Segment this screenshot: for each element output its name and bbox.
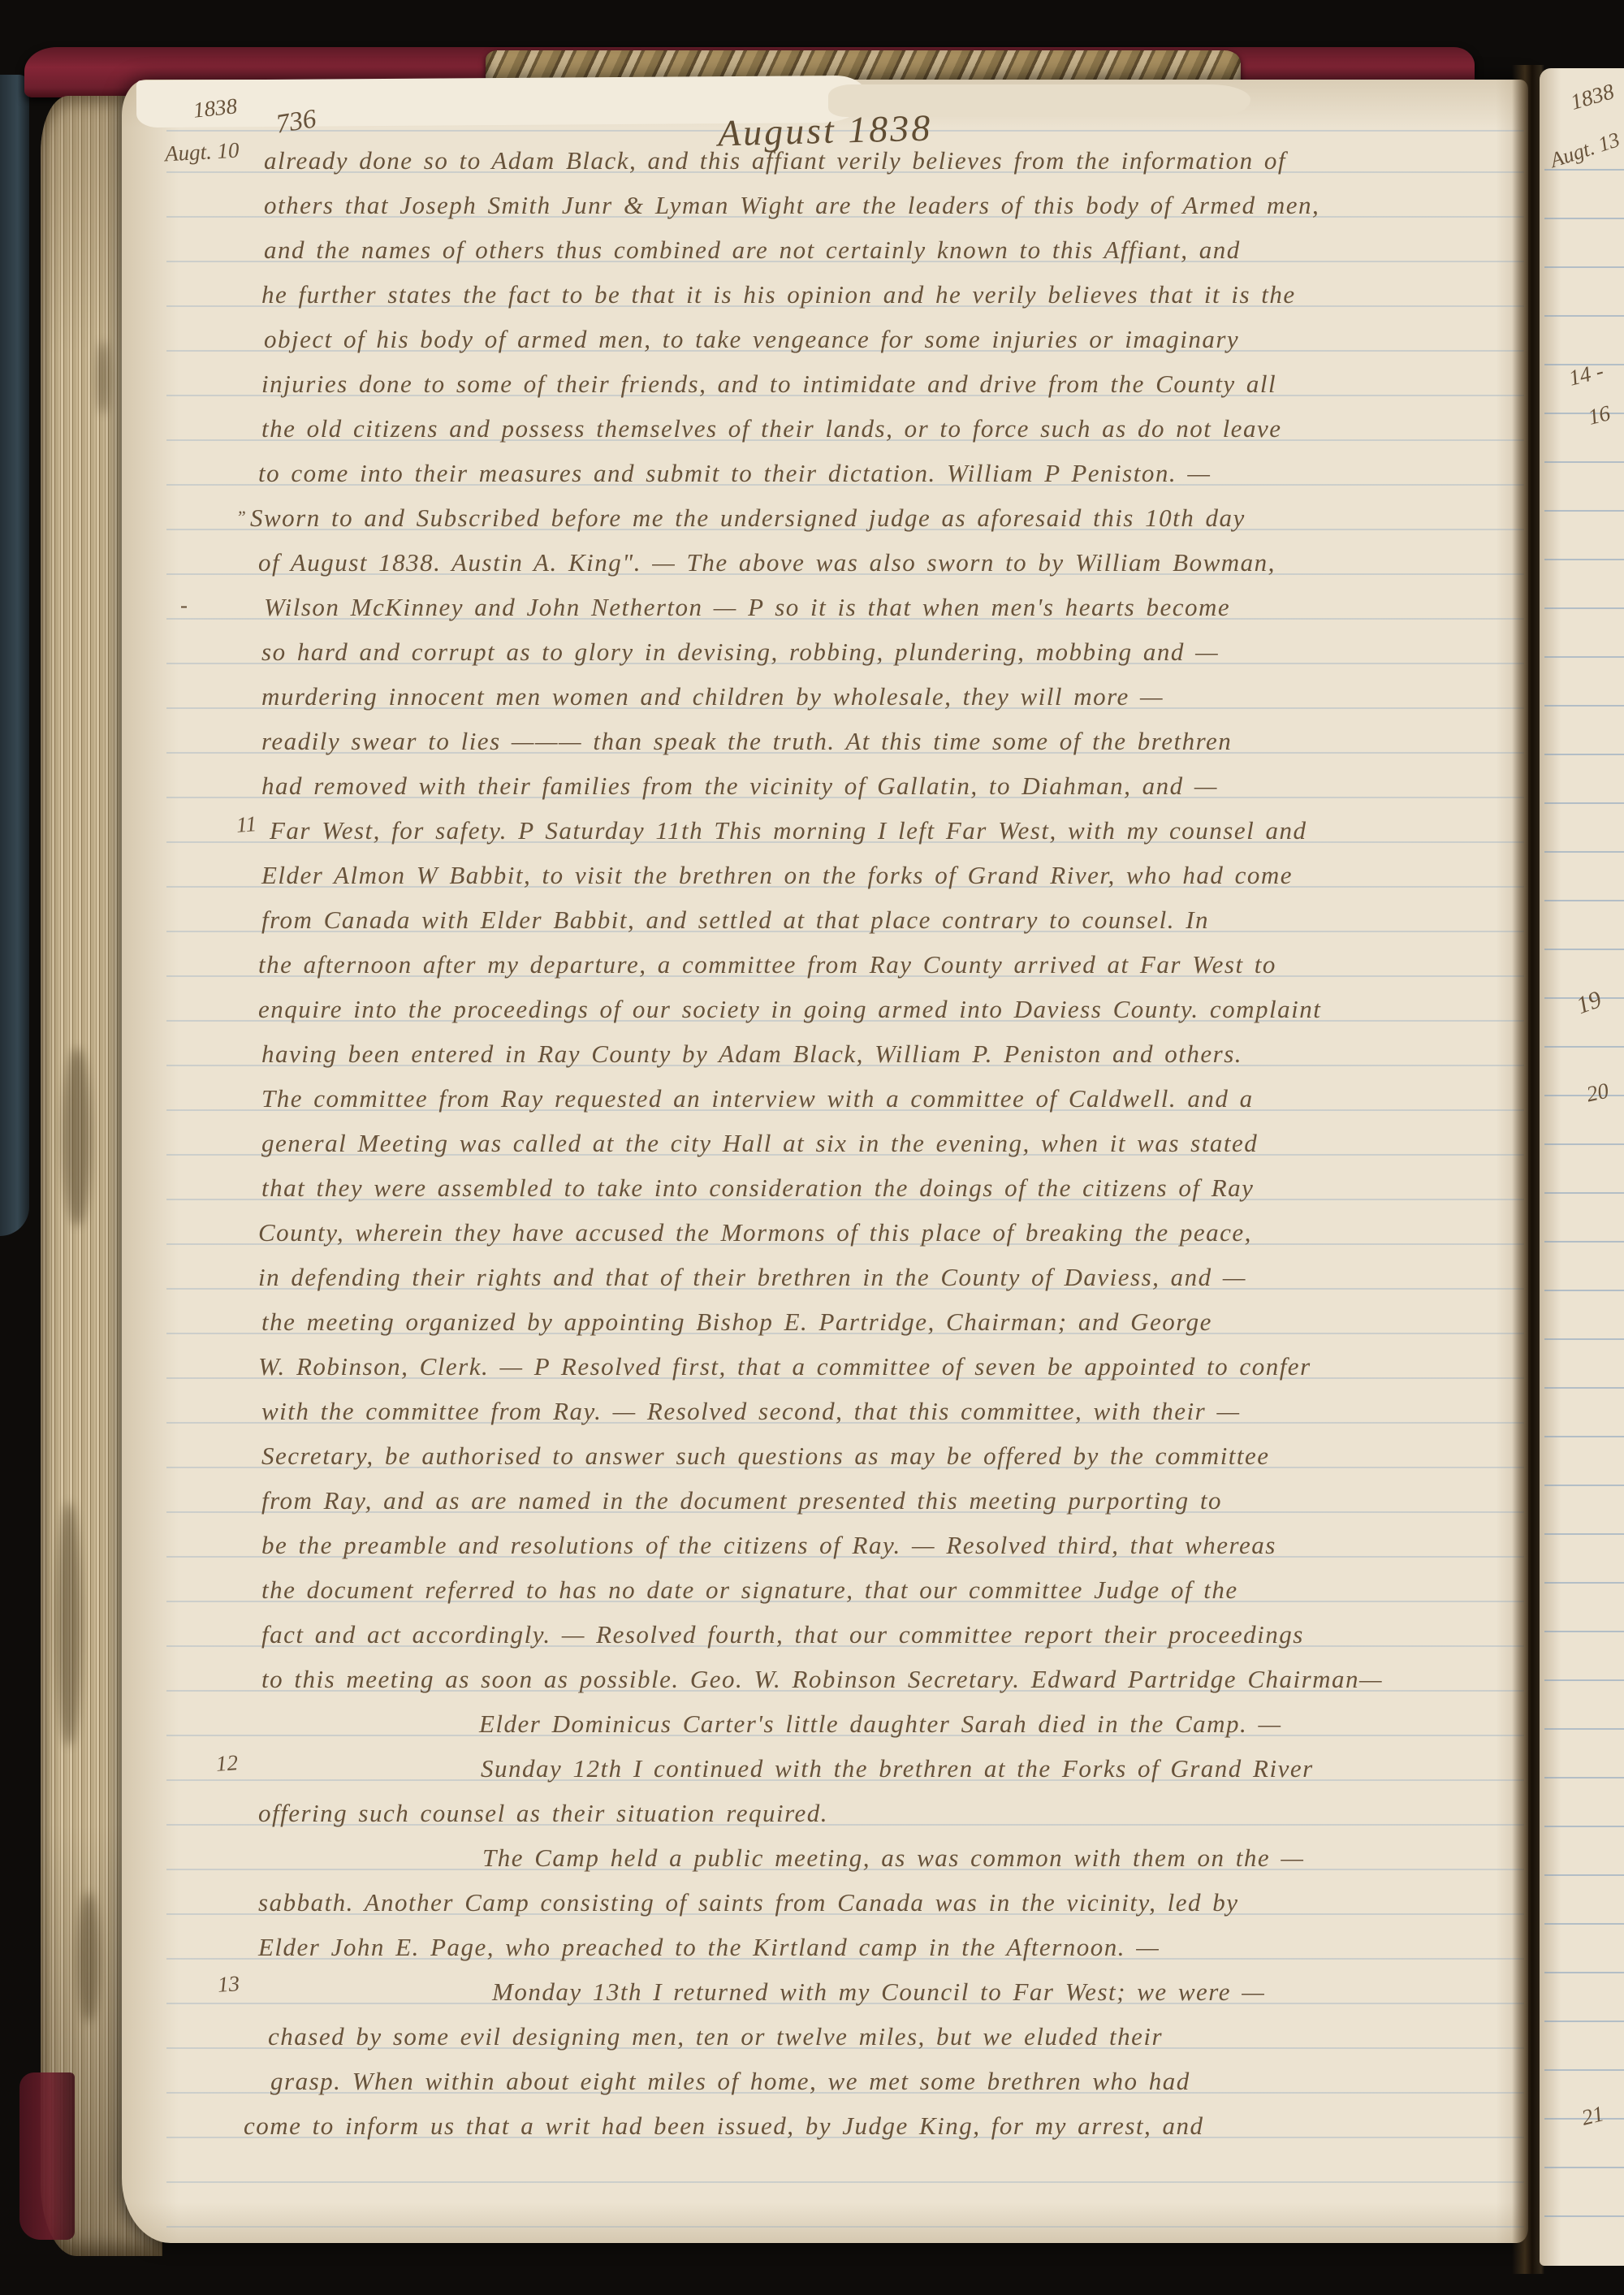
journal-line: the document referred to has no date or … xyxy=(261,1574,1238,1606)
year-annotation: 1838 xyxy=(192,93,239,123)
page-stack-stain xyxy=(57,1502,81,1746)
manuscript-photo: { "manuscript": { "header": { "title": "… xyxy=(0,0,1624,2295)
journal-line: he further states the fact to be that it… xyxy=(261,279,1296,311)
journal-line: to this meeting as soon as possible. Geo… xyxy=(261,1663,1383,1696)
journal-line: fact and act accordingly. — Resolved fou… xyxy=(261,1619,1304,1651)
margin-day-11: 11 xyxy=(235,811,257,838)
journal-line: grasp. When within about eight miles of … xyxy=(270,2065,1190,2098)
journal-line: enquire into the proceedings of our soci… xyxy=(258,993,1321,1026)
journal-line: come to inform us that a writ had been i… xyxy=(244,2110,1204,2142)
journal-line: that they were assembled to take into co… xyxy=(261,1172,1254,1204)
journal-line: with the committee from Ray. — Resolved … xyxy=(261,1395,1241,1428)
journal-line: sabbath. Another Camp consisting of sain… xyxy=(258,1887,1238,1919)
page-stack-stain xyxy=(78,1892,99,2022)
journal-line: W. Robinson, Clerk. — P Resolved first, … xyxy=(258,1351,1311,1383)
journal-line: Secretary, be authorised to answer such … xyxy=(261,1440,1270,1472)
journal-line: readily swear to lies ——— than speak the… xyxy=(261,725,1232,758)
page-number: 736 xyxy=(274,104,318,140)
journal-line: the meeting organized by appointing Bish… xyxy=(261,1306,1212,1338)
journal-line: the old citizens and possess themselves … xyxy=(261,413,1281,445)
margin-day-13: 13 xyxy=(217,1971,240,1998)
margin-day-12: 12 xyxy=(215,1750,239,1777)
margin-dash: - xyxy=(180,593,188,618)
journal-line: so hard and corrupt as to glory in devis… xyxy=(261,636,1219,668)
journal-line: County, wherein they have accused the Mo… xyxy=(258,1217,1252,1249)
journal-line: others that Joseph Smith Junr & Lyman Wi… xyxy=(264,189,1319,222)
journal-line: Elder Almon W Babbit, to visit the breth… xyxy=(261,859,1293,892)
journal-line: be the preamble and resolutions of the c… xyxy=(261,1529,1276,1562)
journal-line: of August 1838. Austin A. King". — The a… xyxy=(258,547,1276,579)
journal-line: object of his body of armed men, to take… xyxy=(264,323,1239,356)
journal-line: in defending their rights and that of th… xyxy=(258,1261,1246,1294)
journal-line: offering such counsel as their situation… xyxy=(258,1797,828,1830)
journal-line: The committee from Ray requested an inte… xyxy=(261,1083,1254,1115)
margin-quote-mark: „ xyxy=(238,497,248,518)
journal-line: Sunday 12th I continued with the brethre… xyxy=(481,1753,1314,1785)
journal-line: from Canada with Elder Babbit, and settl… xyxy=(261,904,1209,936)
journal-line: and the names of others thus combined ar… xyxy=(264,234,1241,266)
cover-cloth-edge xyxy=(0,75,29,1236)
journal-line: chased by some evil designing men, ten o… xyxy=(268,2021,1163,2053)
leather-cover-corner xyxy=(19,2072,75,2240)
page-stack-stain xyxy=(97,341,109,414)
journal-line: Monday 13th I returned with my Council t… xyxy=(492,1976,1265,2008)
journal-line: murdering innocent men women and childre… xyxy=(261,681,1164,713)
journal-line: injuries done to some of their friends, … xyxy=(261,368,1276,400)
journal-line: Far West, for safety. P Saturday 11th Th… xyxy=(270,815,1307,847)
journal-line: general Meeting was called at the city H… xyxy=(261,1127,1258,1160)
journal-line: Sworn to and Subscribed before me the un… xyxy=(250,502,1246,534)
journal-line: had removed with their families from the… xyxy=(261,770,1218,802)
journal-line: already done so to Adam Black, and this … xyxy=(264,145,1286,177)
page-stack-stain xyxy=(63,1048,91,1226)
journal-line: Elder John E. Page, who preached to the … xyxy=(258,1931,1160,1964)
journal-line: having been entered in Ray County by Ada… xyxy=(261,1038,1242,1070)
journal-line: to come into their measures and submit t… xyxy=(258,457,1211,490)
journal-line: from Ray, and as are named in the docume… xyxy=(261,1485,1222,1517)
journal-line: Wilson McKinney and John Netherton — P s… xyxy=(264,591,1230,624)
journal-line: Elder Dominicus Carter's little daughter… xyxy=(479,1708,1282,1740)
facing-page-ruled-lines xyxy=(1544,122,1624,2233)
journal-line: the afternoon after my departure, a comm… xyxy=(258,949,1276,981)
margin-date: Augt. 10 xyxy=(164,138,240,167)
journal-line: The Camp held a public meeting, as was c… xyxy=(482,1842,1305,1874)
